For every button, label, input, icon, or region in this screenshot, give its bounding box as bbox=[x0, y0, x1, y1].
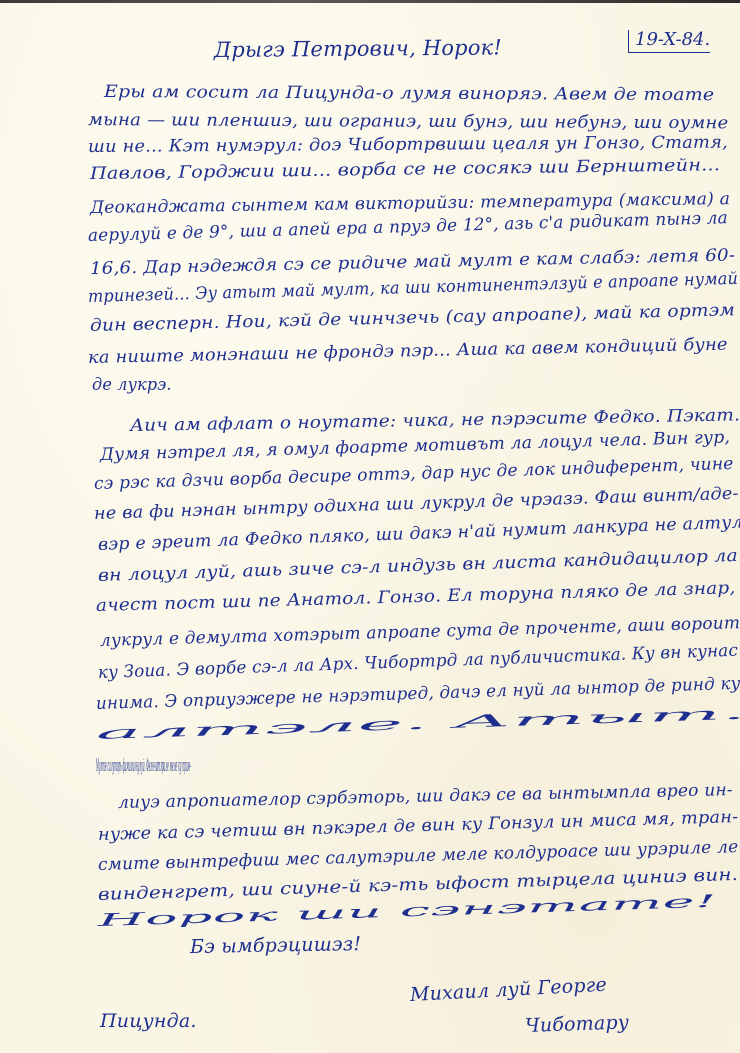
letter-line: Еры ам сосит ла Пицунда-о лумя виноряэ. … bbox=[104, 82, 714, 105]
salutation: Дрыгэ Петрович, Норок! bbox=[214, 35, 502, 62]
place-name: Пицунда. bbox=[100, 1010, 197, 1032]
letter-line: Мулте салутэрь фамилионулуй. Фелнчитэрил… bbox=[96, 756, 191, 776]
signature-surname: Чиботару bbox=[525, 1011, 630, 1037]
closing-phrase: Бэ ымбрэцишэз! bbox=[190, 933, 362, 958]
letter-line: мына — ши пленшиэ, ши ограниэ, ши бунэ, … bbox=[88, 110, 728, 133]
letter-line: де лукрэ. bbox=[92, 375, 172, 395]
letter-date: 19-X-84. bbox=[628, 30, 710, 53]
